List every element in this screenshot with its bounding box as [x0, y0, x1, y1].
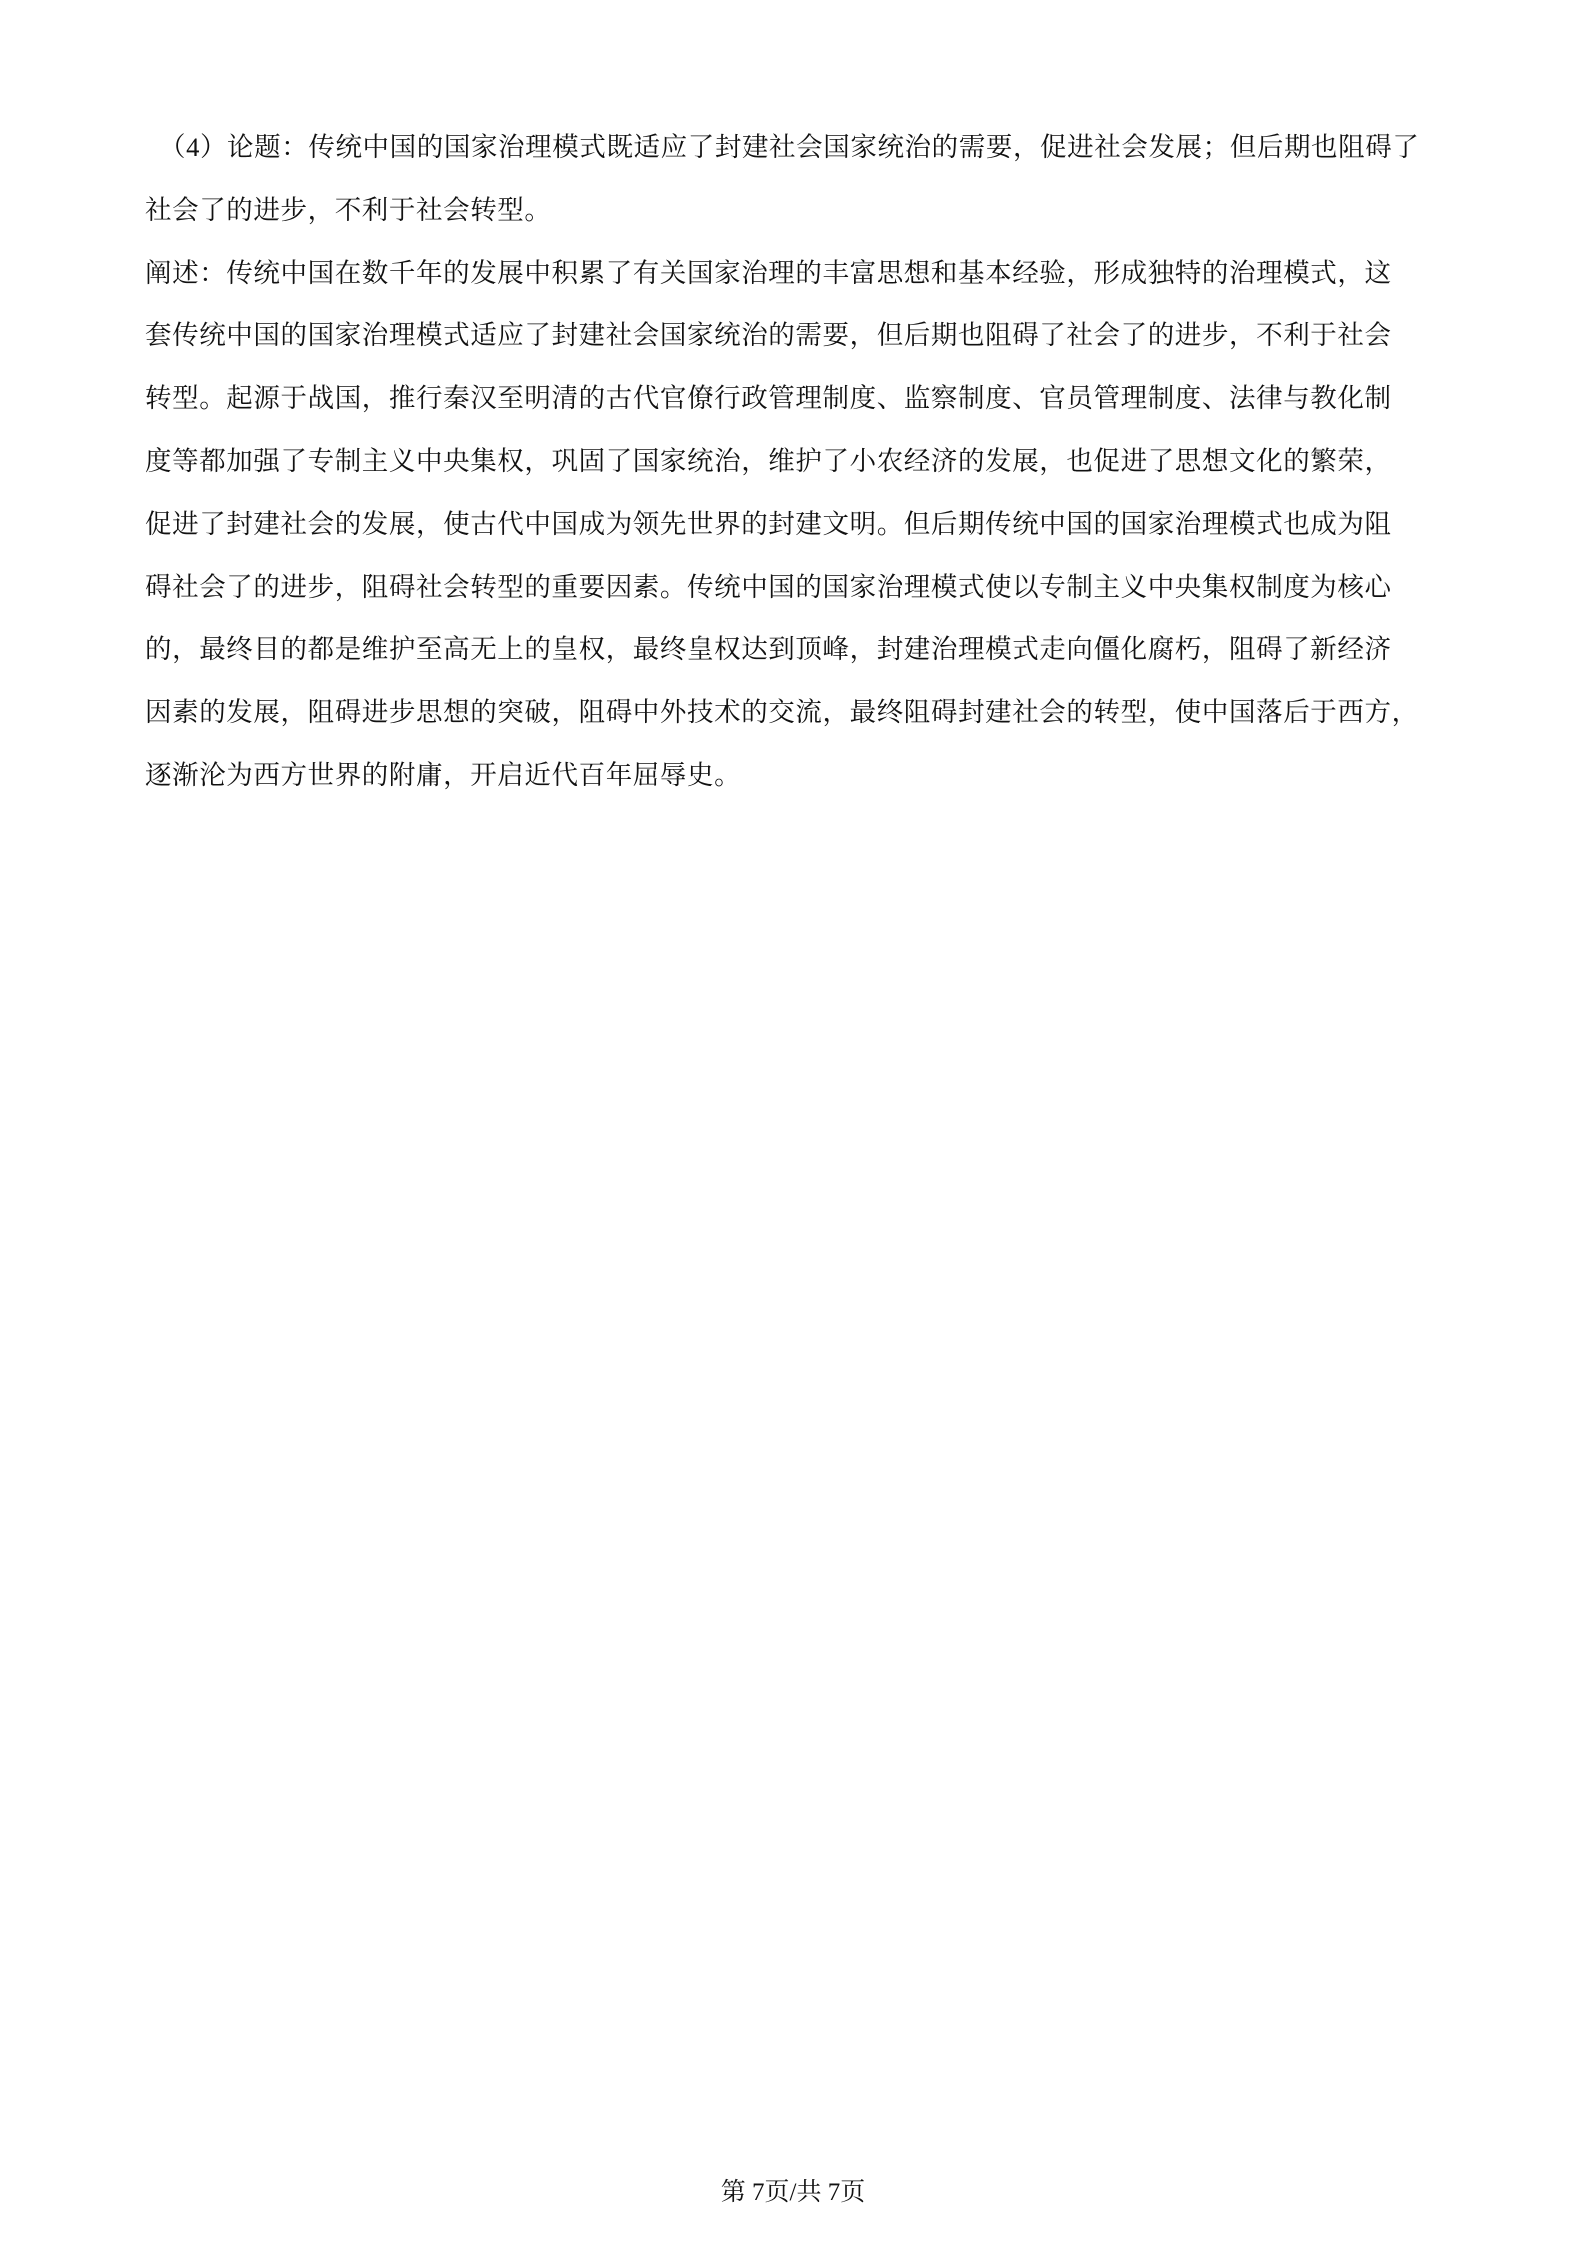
elaboration-line: 的，最终目的都是维护至高无上的皇权，最终皇权达到顶峰，封建治理模式走向僵化腐朽，… [145, 634, 1445, 665]
thesis-line: （4）论题：传统中国的国家治理模式既适应了封建社会国家统治的需要，促进社会发展；… [145, 132, 1445, 163]
elaboration-line: 逐渐沦为西方世界的附庸，开启近代百年屈辱史。 [145, 760, 1445, 791]
document-page: （4）论题：传统中国的国家治理模式既适应了封建社会国家统治的需要，促进社会发展；… [0, 0, 1586, 2244]
elaboration-line: 套传统中国的国家治理模式适应了封建社会国家统治的需要，但后期也阻碍了社会了的进步… [145, 320, 1445, 351]
answer-body: （4）论题：传统中国的国家治理模式既适应了封建社会国家统治的需要，促进社会发展；… [145, 132, 1445, 823]
elaboration-line: 碍社会了的进步，阻碍社会转型的重要因素。传统中国的国家治理模式使以专制主义中央集… [145, 572, 1445, 603]
elaboration-line: 转型。起源于战国，推行秦汉至明清的古代官僚行政管理制度、监察制度、官员管理制度、… [145, 383, 1445, 414]
elaboration-line: 阐述：传统中国在数千年的发展中积累了有关国家治理的丰富思想和基本经验，形成独特的… [145, 258, 1445, 289]
elaboration-line: 促进了封建社会的发展，使古代中国成为领先世界的封建文明。但后期传统中国的国家治理… [145, 509, 1445, 540]
elaboration-line: 因素的发展，阻碍进步思想的突破，阻碍中外技术的交流，最终阻碍封建社会的转型，使中… [145, 697, 1445, 728]
thesis-line: 社会了的进步，不利于社会转型。 [145, 195, 1445, 226]
page-number-footer: 第 7页/共 7页 [0, 2178, 1586, 2208]
elaboration-line: 度等都加强了专制主义中央集权，巩固了国家统治，维护了小农经济的发展，也促进了思想… [145, 446, 1445, 477]
